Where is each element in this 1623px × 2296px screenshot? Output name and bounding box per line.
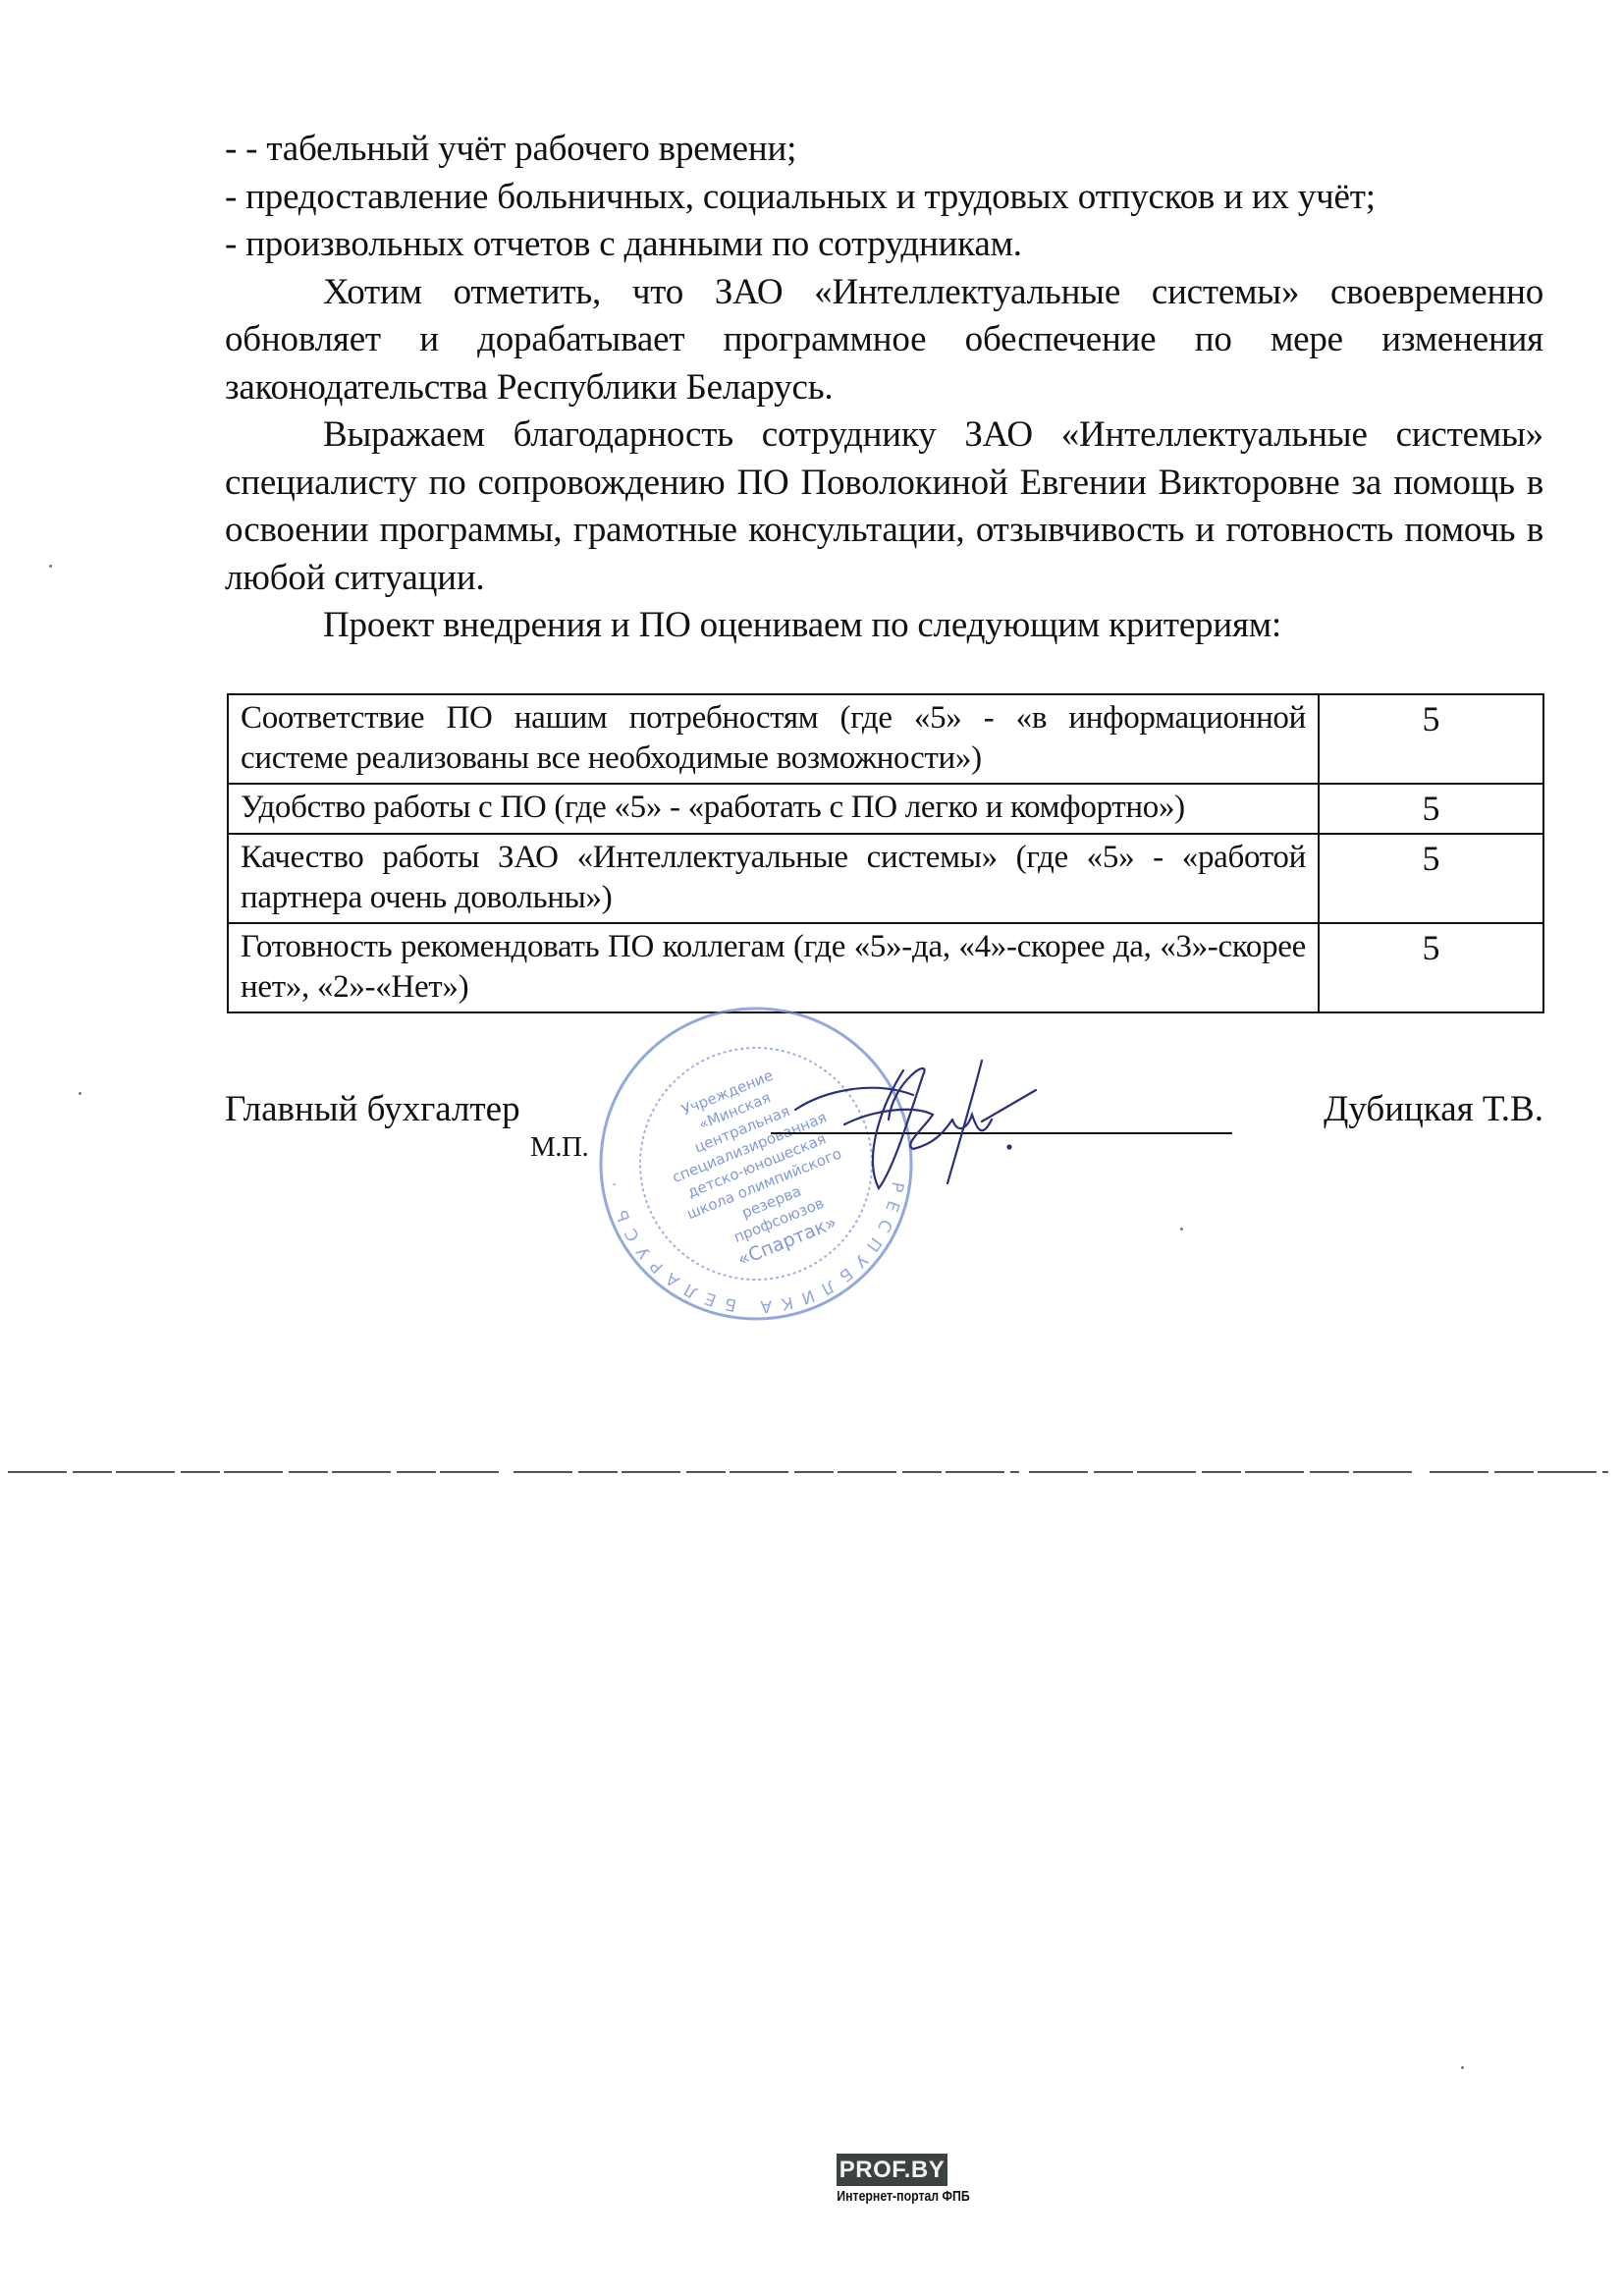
criterion-cell: Готовность рекомендовать ПО коллегам (гд…	[228, 923, 1319, 1012]
score-cell: 5	[1319, 923, 1543, 1012]
scan-speck	[49, 565, 52, 568]
letter-body: - - табельный учёт рабочего времени; - п…	[225, 126, 1543, 650]
criterion-cell: Удобство работы с ПО (где «5» - «работат…	[228, 784, 1319, 834]
cut-line-divider	[8, 1469, 1608, 1475]
list-item: - предоставление больничных, социальных …	[225, 174, 1543, 222]
signatory-name: Дубицкая Т.В.	[1324, 1088, 1543, 1130]
score-cell: 5	[1319, 784, 1543, 834]
document-page: - - табельный учёт рабочего времени; - п…	[0, 0, 1623, 2296]
list-item: - - табельный учёт рабочего времени;	[225, 126, 1543, 174]
seal-label: М.П.	[530, 1131, 588, 1164]
paragraph-gratitude: Выражаем благодарность сотруднику ЗАО «И…	[225, 411, 1543, 602]
ratings-table: Соответствие ПО нашим потребностям (где …	[227, 693, 1544, 1013]
list-item: - произвольных отчетов с данными по сотр…	[225, 221, 1543, 269]
handwritten-signature-icon	[785, 1051, 1041, 1198]
prof-by-logo: PROF.BY	[837, 2154, 947, 2186]
table-row: Готовность рекомендовать ПО коллегам (гд…	[228, 923, 1543, 1012]
criterion-cell: Соответствие ПО нашим потребностям (где …	[228, 694, 1319, 784]
paragraph-criteria-intro: Проект внедрения и ПО оцениваем по следу…	[225, 602, 1543, 650]
scan-speck	[1180, 1228, 1183, 1230]
criterion-cell: Качество работы ЗАО «Интеллектуальные си…	[228, 834, 1319, 923]
score-cell: 5	[1319, 834, 1543, 923]
signatory-position: Главный бухгалтер	[225, 1088, 520, 1130]
table-row: Удобство работы с ПО (где «5» - «работат…	[228, 784, 1543, 834]
scan-speck	[1461, 2066, 1464, 2069]
footer-caption: Интернет-портал ФПБ	[807, 2188, 1001, 2205]
table-row: Соответствие ПО нашим потребностям (где …	[228, 694, 1543, 784]
table-row: Качество работы ЗАО «Интеллектуальные си…	[228, 834, 1543, 923]
score-cell: 5	[1319, 694, 1543, 784]
scan-speck	[79, 1092, 81, 1095]
paragraph-updates: Хотим отметить, что ЗАО «Интеллектуальны…	[225, 269, 1543, 412]
